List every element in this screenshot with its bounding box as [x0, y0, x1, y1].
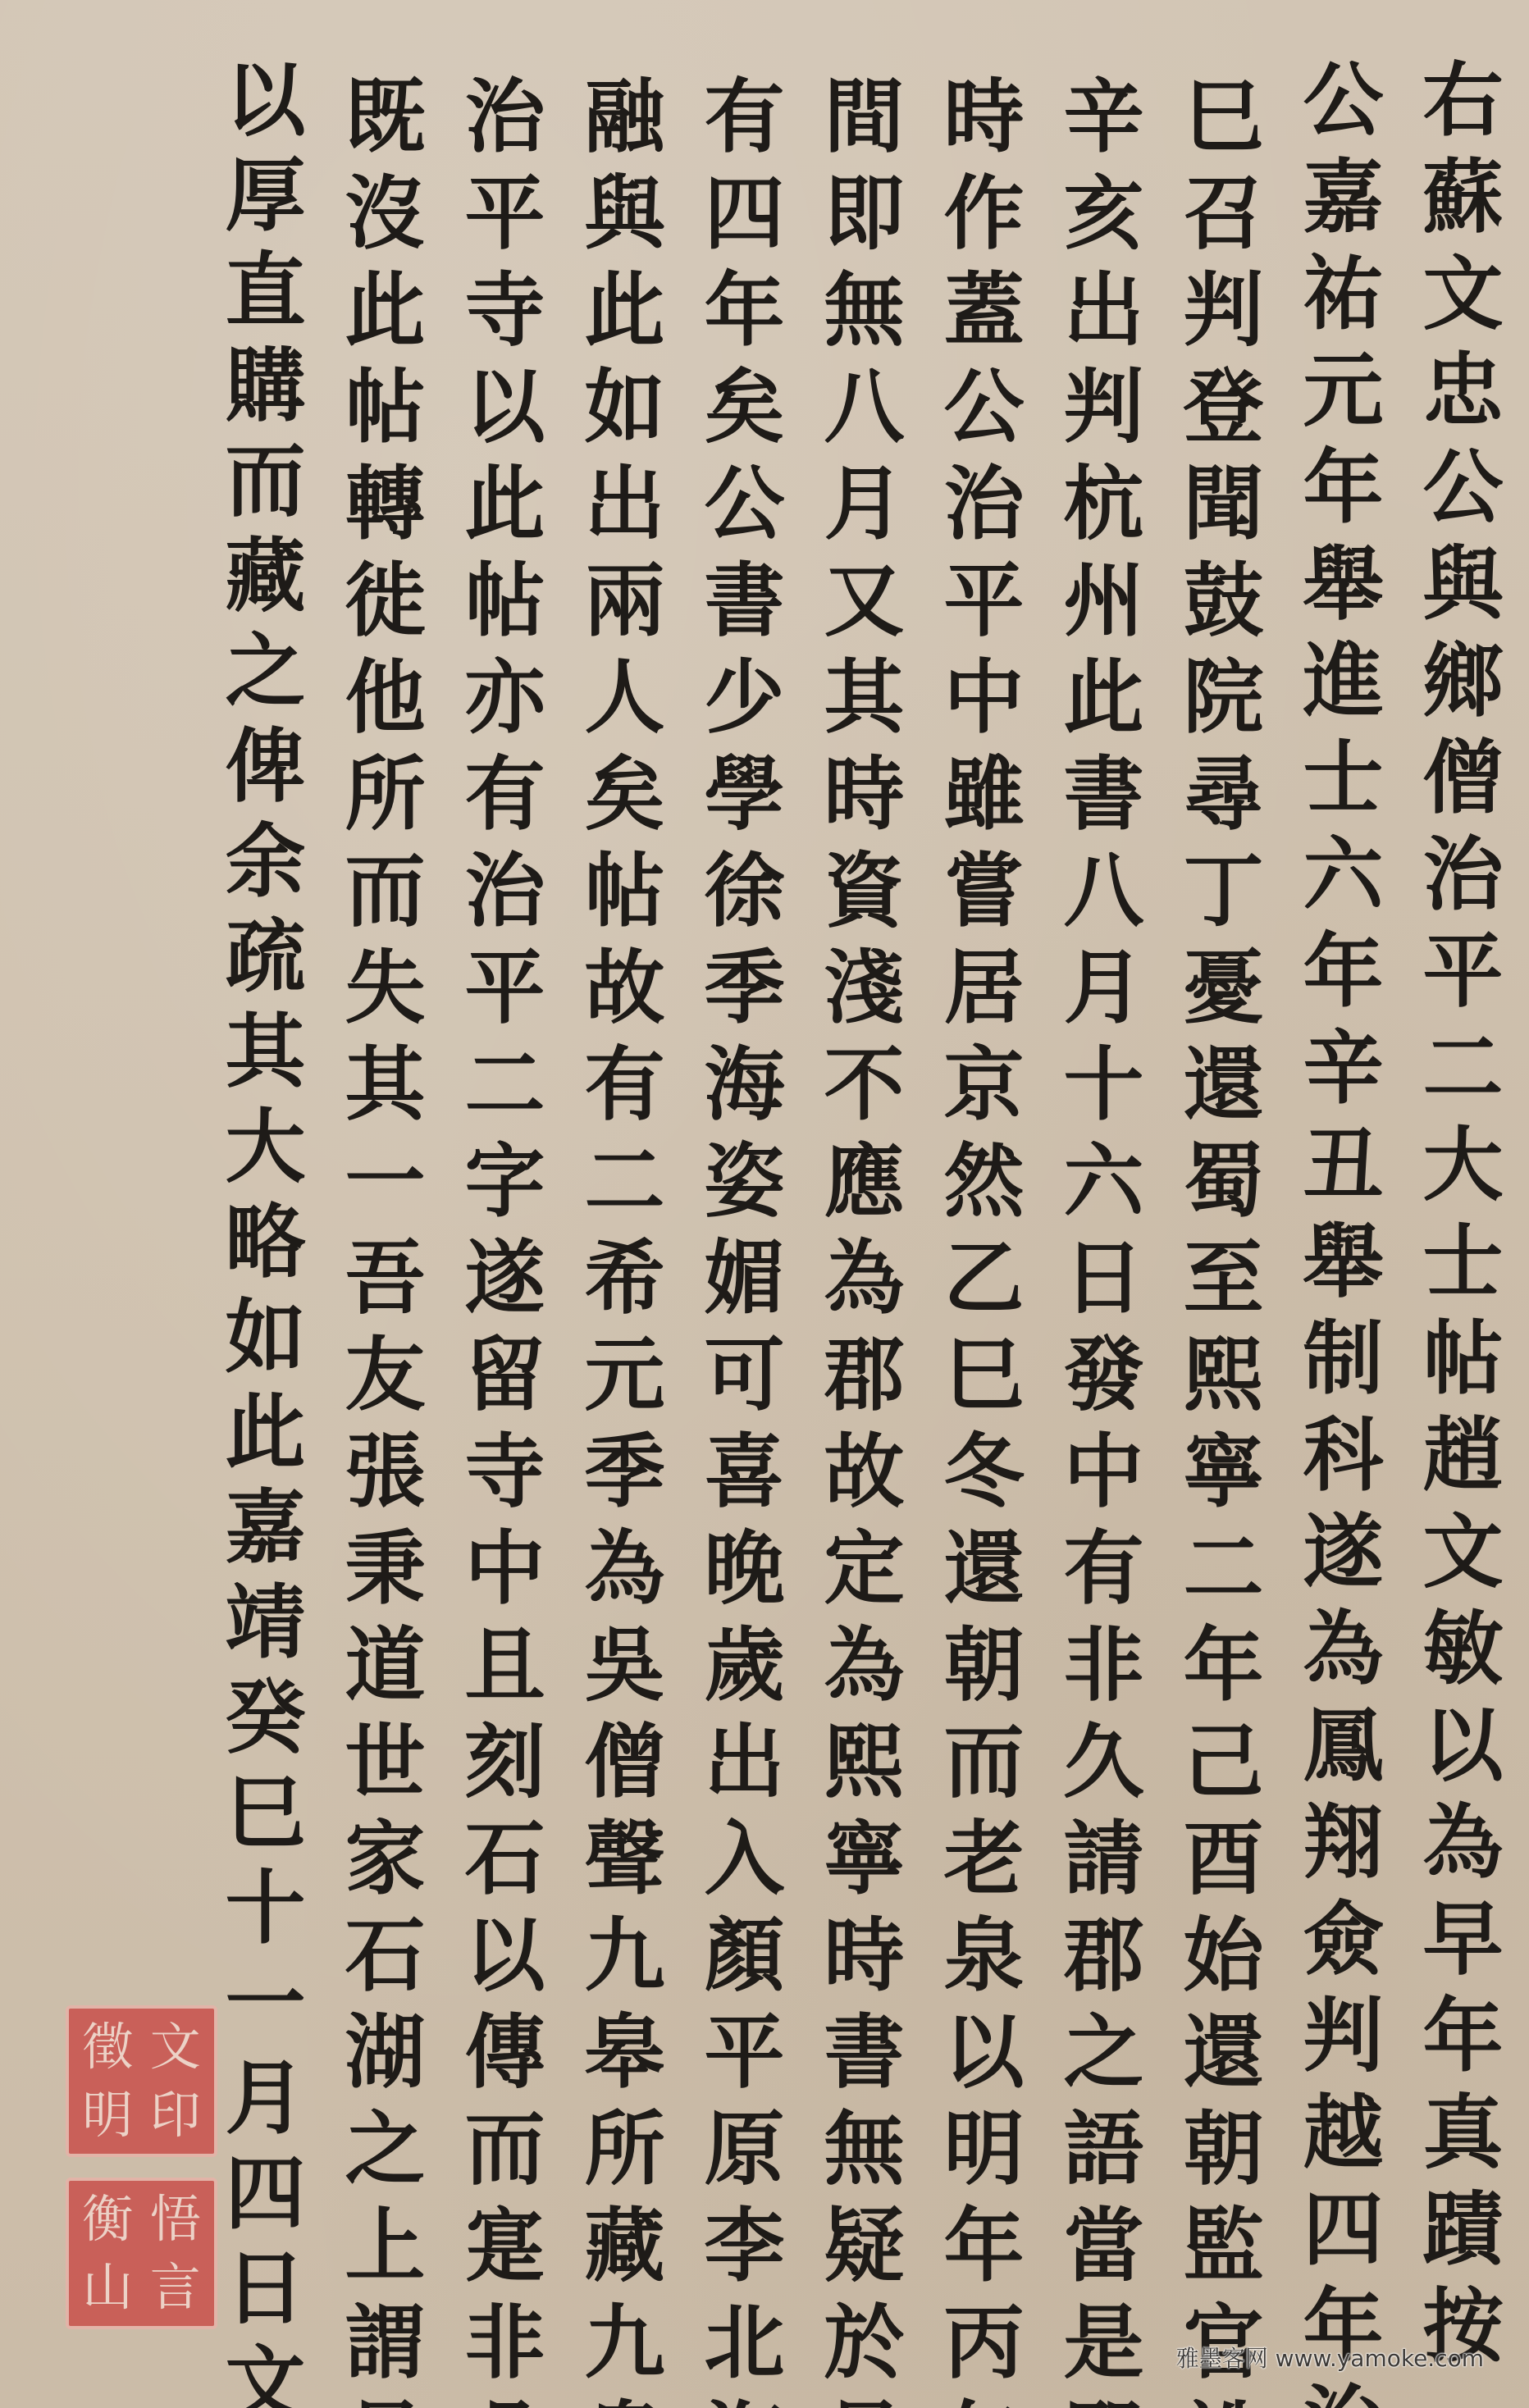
seal-char: 文 [150, 2022, 201, 2073]
seal-stamps: 徵 文 明 印 衡 悟 山 言 [66, 2005, 221, 2329]
seal-stamp-top: 徵 文 明 印 [66, 2005, 217, 2157]
seal-char: 山 [82, 2262, 133, 2313]
text-columns: 右蘇文忠公與鄉僧治平二大士帖趙文敏以為早年真蹟按 公嘉祐元年舉進士六年辛丑舉制科… [179, 57, 1496, 2354]
text-column-1: 右蘇文忠公與鄉僧治平二大士帖趙文敏以為早年真蹟按 [1376, 57, 1496, 2354]
seal-char: 言 [150, 2262, 201, 2313]
text-column-9: 治平寺以此帖亦有治平二字遂留寺中且刻石以傳而寔非吳中治平也九皋 [418, 57, 538, 2354]
seal-char: 印 [150, 2090, 201, 2141]
text-column-8: 融與此如出兩人矣帖故有二希元季為吳僧聲九皋所藏九皋嘗住石湖 [538, 57, 658, 2354]
seal-char: 徵 [82, 2022, 133, 2073]
seal-char: 衡 [82, 2194, 133, 2245]
text-column-10: 既沒此帖轉徙他所而失其一吾友張秉道世家石湖之上謂是山中故實 [299, 57, 418, 2354]
calligraphy-page: 右蘇文忠公與鄉僧治平二大士帖趙文敏以為早年真蹟按 公嘉祐元年舉進士六年辛丑舉制科… [0, 0, 1529, 2408]
text-column-2: 公嘉祐元年舉進士六年辛丑舉制科遂為鳳翔僉判越四年治平辛 [1257, 57, 1376, 2354]
text-column-3: 巳召判登聞鼓院尋丁憂還蜀至熙寧二年己酉始還朝監官誥院四年 [1137, 57, 1257, 2354]
text-column-6: 間即無八月又其時資淺不應為郡故定為熙寧時書無疑於是公年三十 [778, 57, 897, 2354]
seal-char: 明 [82, 2090, 133, 2141]
text-column-5: 時作蓋公治平中雖嘗居京然乙巳冬還朝而老泉以明年丙午四月卒中 [897, 57, 1017, 2354]
text-column-4: 辛亥出判杭州此書八月十六日發中有非久請郡之語當是熙寧居京師 [1017, 57, 1137, 2354]
watermark-text: 雅墨客网 www.yamoke.com [1176, 2341, 1484, 2374]
seal-stamp-bottom: 衡 悟 山 言 [66, 2178, 217, 2329]
seal-char: 悟 [150, 2194, 201, 2245]
text-column-7: 有四年矣公書少學徐季海姿媚可喜晚歲出入顏平原李北海故特健勁渾 [658, 57, 778, 2354]
